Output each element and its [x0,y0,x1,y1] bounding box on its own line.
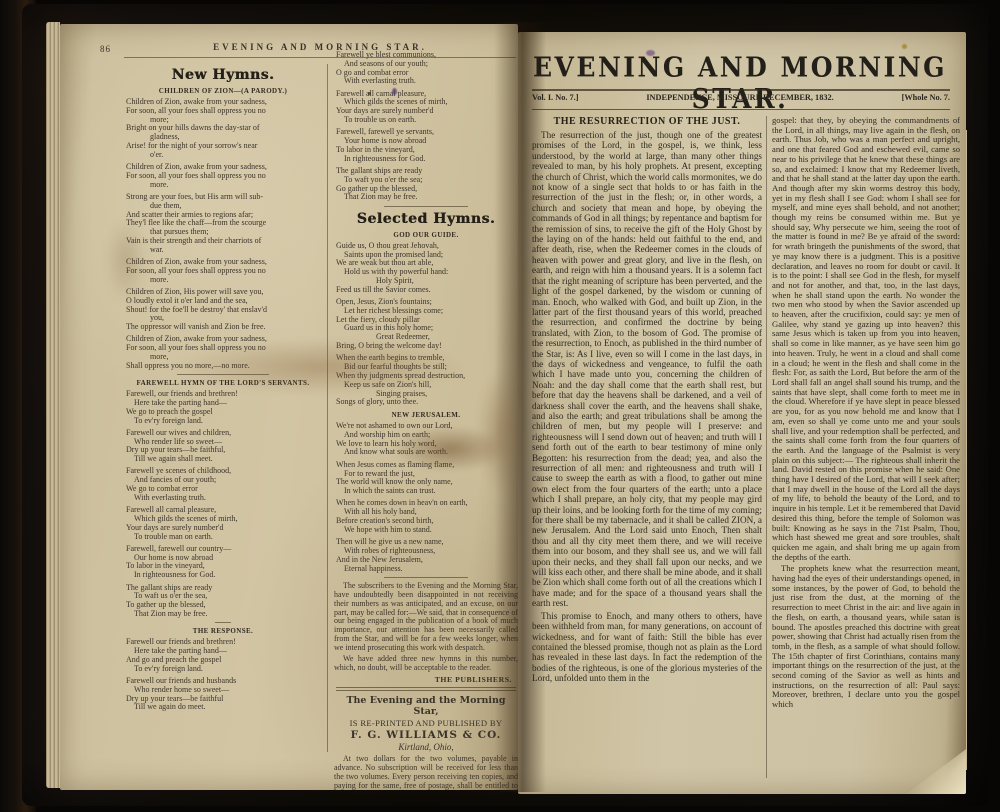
divider-rule-short [215,622,231,623]
dateline: Vol. I. No. 7.] INDEPENDENCE, MISSOURI, … [532,93,950,102]
hymn-stanza: We're not ashamed to own our Lord, And w… [336,422,518,457]
hymn-stanza: Open, Jesus, Zion's fountains; Let her r… [336,298,518,351]
book-scan: 86 EVENING AND MORNING STAR. New Hymns.C… [0,0,1000,812]
hymn-title: THE RESPONSE. [124,627,322,635]
masthead-rule [532,89,950,91]
whole-number: [Whole No. 7. [902,93,950,102]
place-and-date: INDEPENDENCE, MISSOURI, DECEMBER, 1832. [646,93,833,102]
masthead-title: EVENING AND MORNING STAR. [526,52,954,115]
body-paragraph-continuation: gospel: that they, by obeying the comman… [772,116,960,562]
article-title: THE RESURRECTION OF THE JUST. [532,116,762,127]
hymn-stanza: Children of Zion, awake from your sadnes… [126,98,322,160]
hymn-stanza: The gallant ships are ready To waft us o… [126,584,322,619]
hymn-stanza: Farewell ye blest communions, And season… [336,51,518,86]
divider-rule [384,577,469,578]
hymn-stanza: Strong are your foes, but His arm will s… [126,193,322,255]
section-display-heading: New Hymns. [124,67,322,83]
right-page: EVENING AND MORNING STAR. Vol. I. No. 7.… [518,32,966,794]
hymn-stanza: Farewell, farewell our country— Our home… [126,545,322,580]
imprint-line: IS RE-PRINTED AND PUBLISHED BY [334,718,518,728]
hymn-stanza: When the earth begins to tremble, Bid ou… [336,354,518,407]
hymn-stanza: Farewell all carnal pleasure, Which gild… [336,90,518,125]
signature-line: THE PUBLISHERS. [334,675,512,684]
body-paragraph: The prophets knew what the resurrection … [772,564,960,710]
section-display-heading: Selected Hymns. [334,211,518,227]
divider-double-rule [336,687,516,691]
hymn-stanza: Children of Zion, His power will save yo… [126,288,322,332]
page-number: 86 [100,44,111,54]
left-page: 86 EVENING AND MORNING STAR. New Hymns.C… [60,24,518,790]
body-paragraph: The subscribers to the Evening and the M… [334,582,518,653]
body-paragraph: We have added three new hymns in this nu… [334,655,518,673]
imprint-title: The Evening and the Morning Star, [334,695,518,717]
divider-rule [384,206,469,207]
imprint-place: Kirtland, Ohio, [334,742,518,752]
dateline-rule [532,109,950,110]
hymn-stanza: Farewell our wives and children, Who ren… [126,429,322,464]
hymn-stanza: When Jesus comes as flaming flame, For t… [336,461,518,496]
hymn-stanza: When he comes down in heav'n on earth, W… [336,499,518,534]
publisher-name: F. G. WILLIAMS & CO. [334,729,518,741]
hymn-stanza: Farewell, farewell ye servants, Your hom… [336,128,518,163]
hymn-stanza: Children of Zion, awake from your sadnes… [126,258,322,284]
right-page-column-1: THE RESURRECTION OF THE JUST.The resurre… [532,116,762,784]
hymn-title: FAREWELL HYMN OF THE LORD'S SERVANTS. [124,379,322,387]
column-divider-right-page [766,116,767,778]
hymn-stanza: Farewell ye scenes of childhood, And fan… [126,467,322,502]
hymn-stanza: Farewell our friends and brethren! Here … [126,638,322,673]
left-page-column-1: New Hymns.CHILDREN OF ZION—(A PARODY.)Ch… [124,66,322,766]
hymn-stanza: Farewell all carnal pleasure, Which gild… [126,506,322,541]
body-paragraph: This promise to Enoch, and many others t… [532,611,762,684]
column-divider-left-page [327,64,328,752]
right-page-column-2: gospel: that they, by obeying the comman… [772,116,960,784]
divider-rule [177,374,268,375]
body-paragraph: At two dollars for the two volumes, paya… [334,755,518,790]
hymn-stanza: Guide us, O thou great Jehovah, Saints u… [336,242,518,295]
hymn-stanza: Farewell, our friends and brethren! Here… [126,390,322,425]
left-page-column-2: Farewell ye blest communions, And season… [334,51,518,781]
hymn-stanza: Farewell our friends and husbands Who re… [126,677,322,712]
hymn-title: CHILDREN OF ZION—(A PARODY.) [124,87,322,95]
hymn-stanza: The gallant ships are ready To waft you … [336,167,518,202]
volume-number: Vol. I. No. 7.] [532,93,578,102]
hymn-stanza: Children of Zion, awake from your sadnes… [126,335,322,370]
hymn-stanza: Then will he give us a new name, With ro… [336,538,518,573]
body-paragraph: The resurrection of the just, though one… [532,130,762,609]
page-edges-left [46,22,60,788]
hymn-title: NEW JERUSALEM. [334,411,518,419]
hymn-stanza: Children of Zion, awake from your sadnes… [126,163,322,189]
hymn-title: GOD OUR GUIDE. [334,231,518,239]
